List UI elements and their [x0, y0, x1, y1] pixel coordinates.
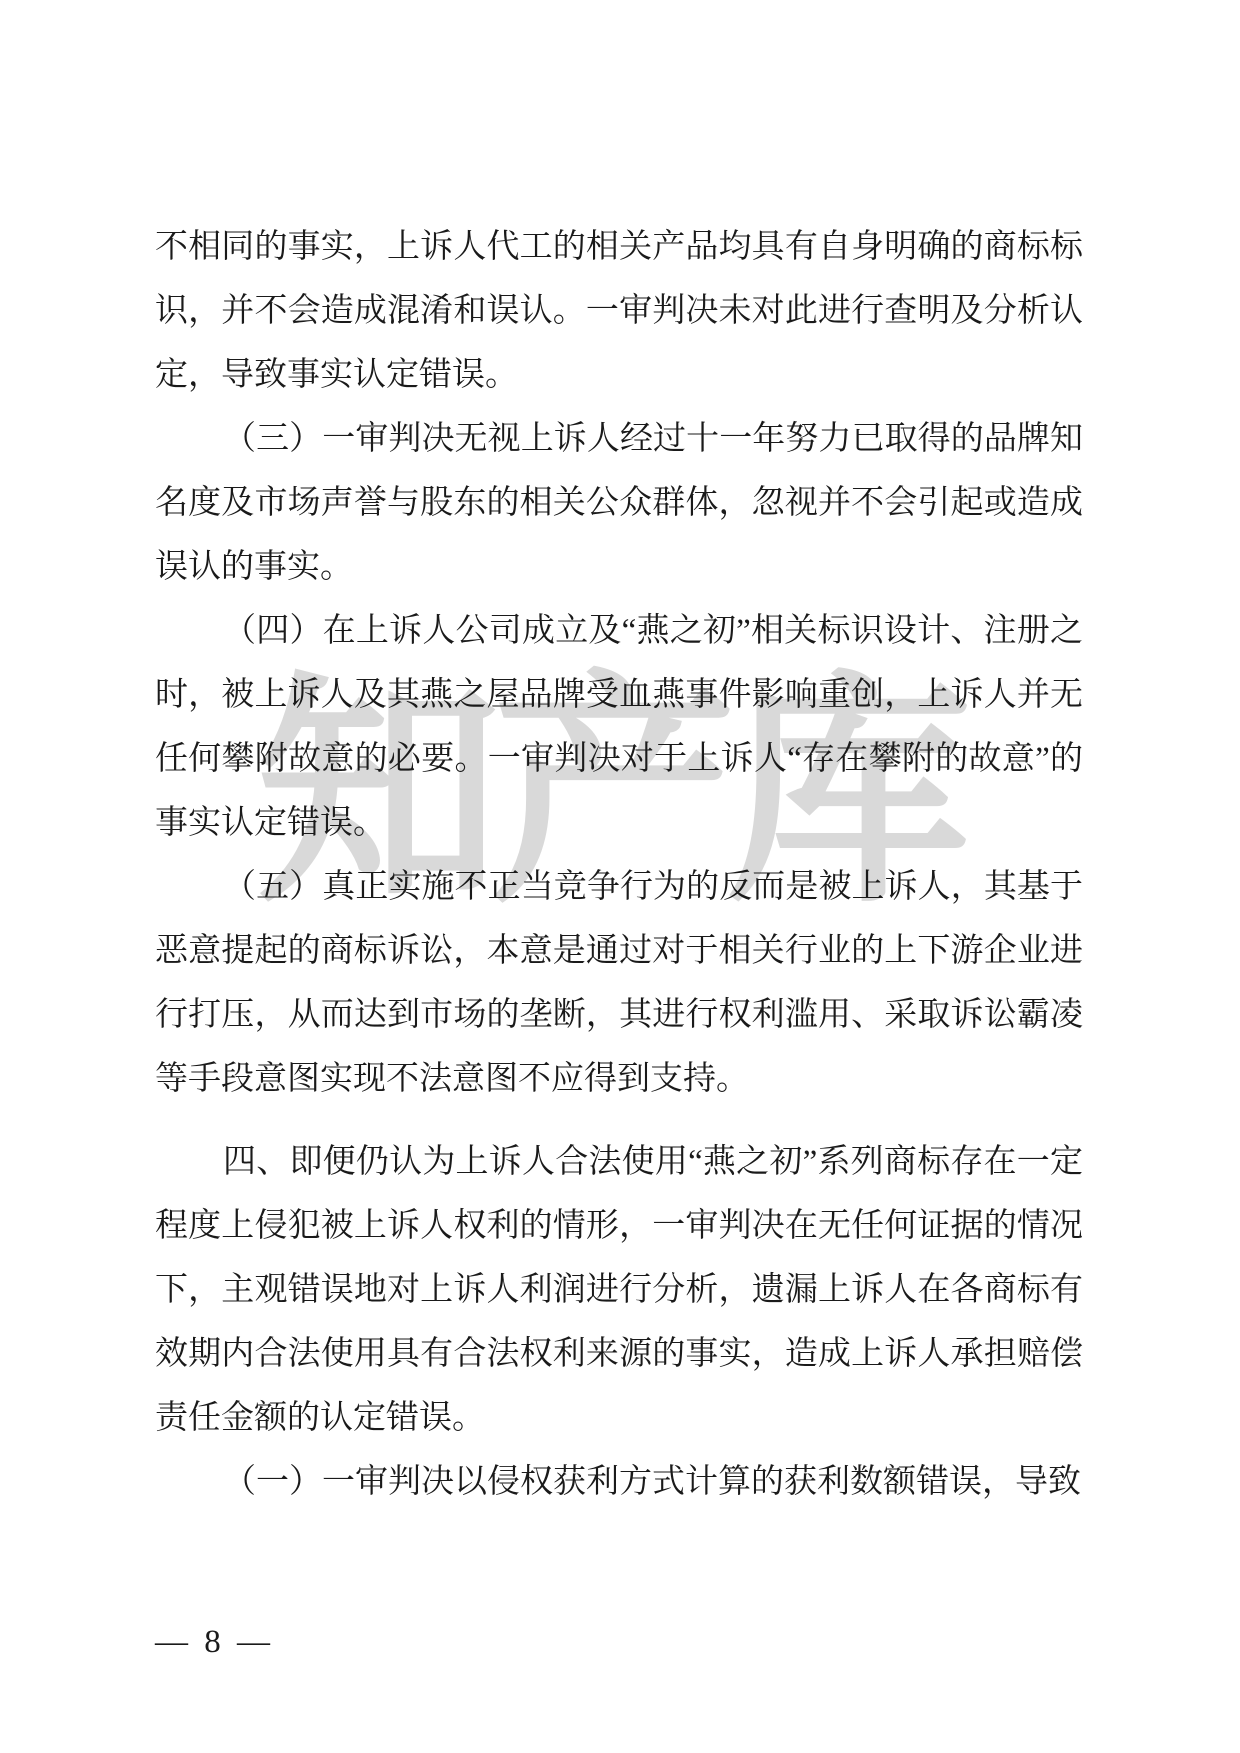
paragraph-continuation: 不相同的事实，上诉人代工的相关产品均具有自身明确的商标标识，并不会造成混淆和误认…: [155, 215, 1083, 407]
paragraph-item-1: （一）一审判决以侵权获利方式计算的获利数额错误，导致: [155, 1450, 1083, 1514]
paragraph-item-5: （五）真正实施不正当竞争行为的反而是被上诉人，其基于恶意提起的商标诉讼，本意是通…: [155, 855, 1083, 1111]
document-body: 不相同的事实，上诉人代工的相关产品均具有自身明确的商标标识，并不会造成混淆和误认…: [155, 215, 1083, 1514]
document-page: 知产库 不相同的事实，上诉人代工的相关产品均具有自身明确的商标标识，并不会造成混…: [0, 0, 1240, 1753]
paragraph-item-3: （三）一审判决无视上诉人经过十一年努力已取得的品牌知名度及市场声誉与股东的相关公…: [155, 407, 1083, 599]
paragraph-section-four: 四、即便仍认为上诉人合法使用“燕之初”系列商标存在一定程度上侵犯被上诉人权利的情…: [155, 1130, 1083, 1450]
page-number: — 8 —: [155, 1622, 274, 1662]
paragraph-item-4: （四）在上诉人公司成立及“燕之初”相关标识设计、注册之时，被上诉人及其燕之屋品牌…: [155, 599, 1083, 855]
